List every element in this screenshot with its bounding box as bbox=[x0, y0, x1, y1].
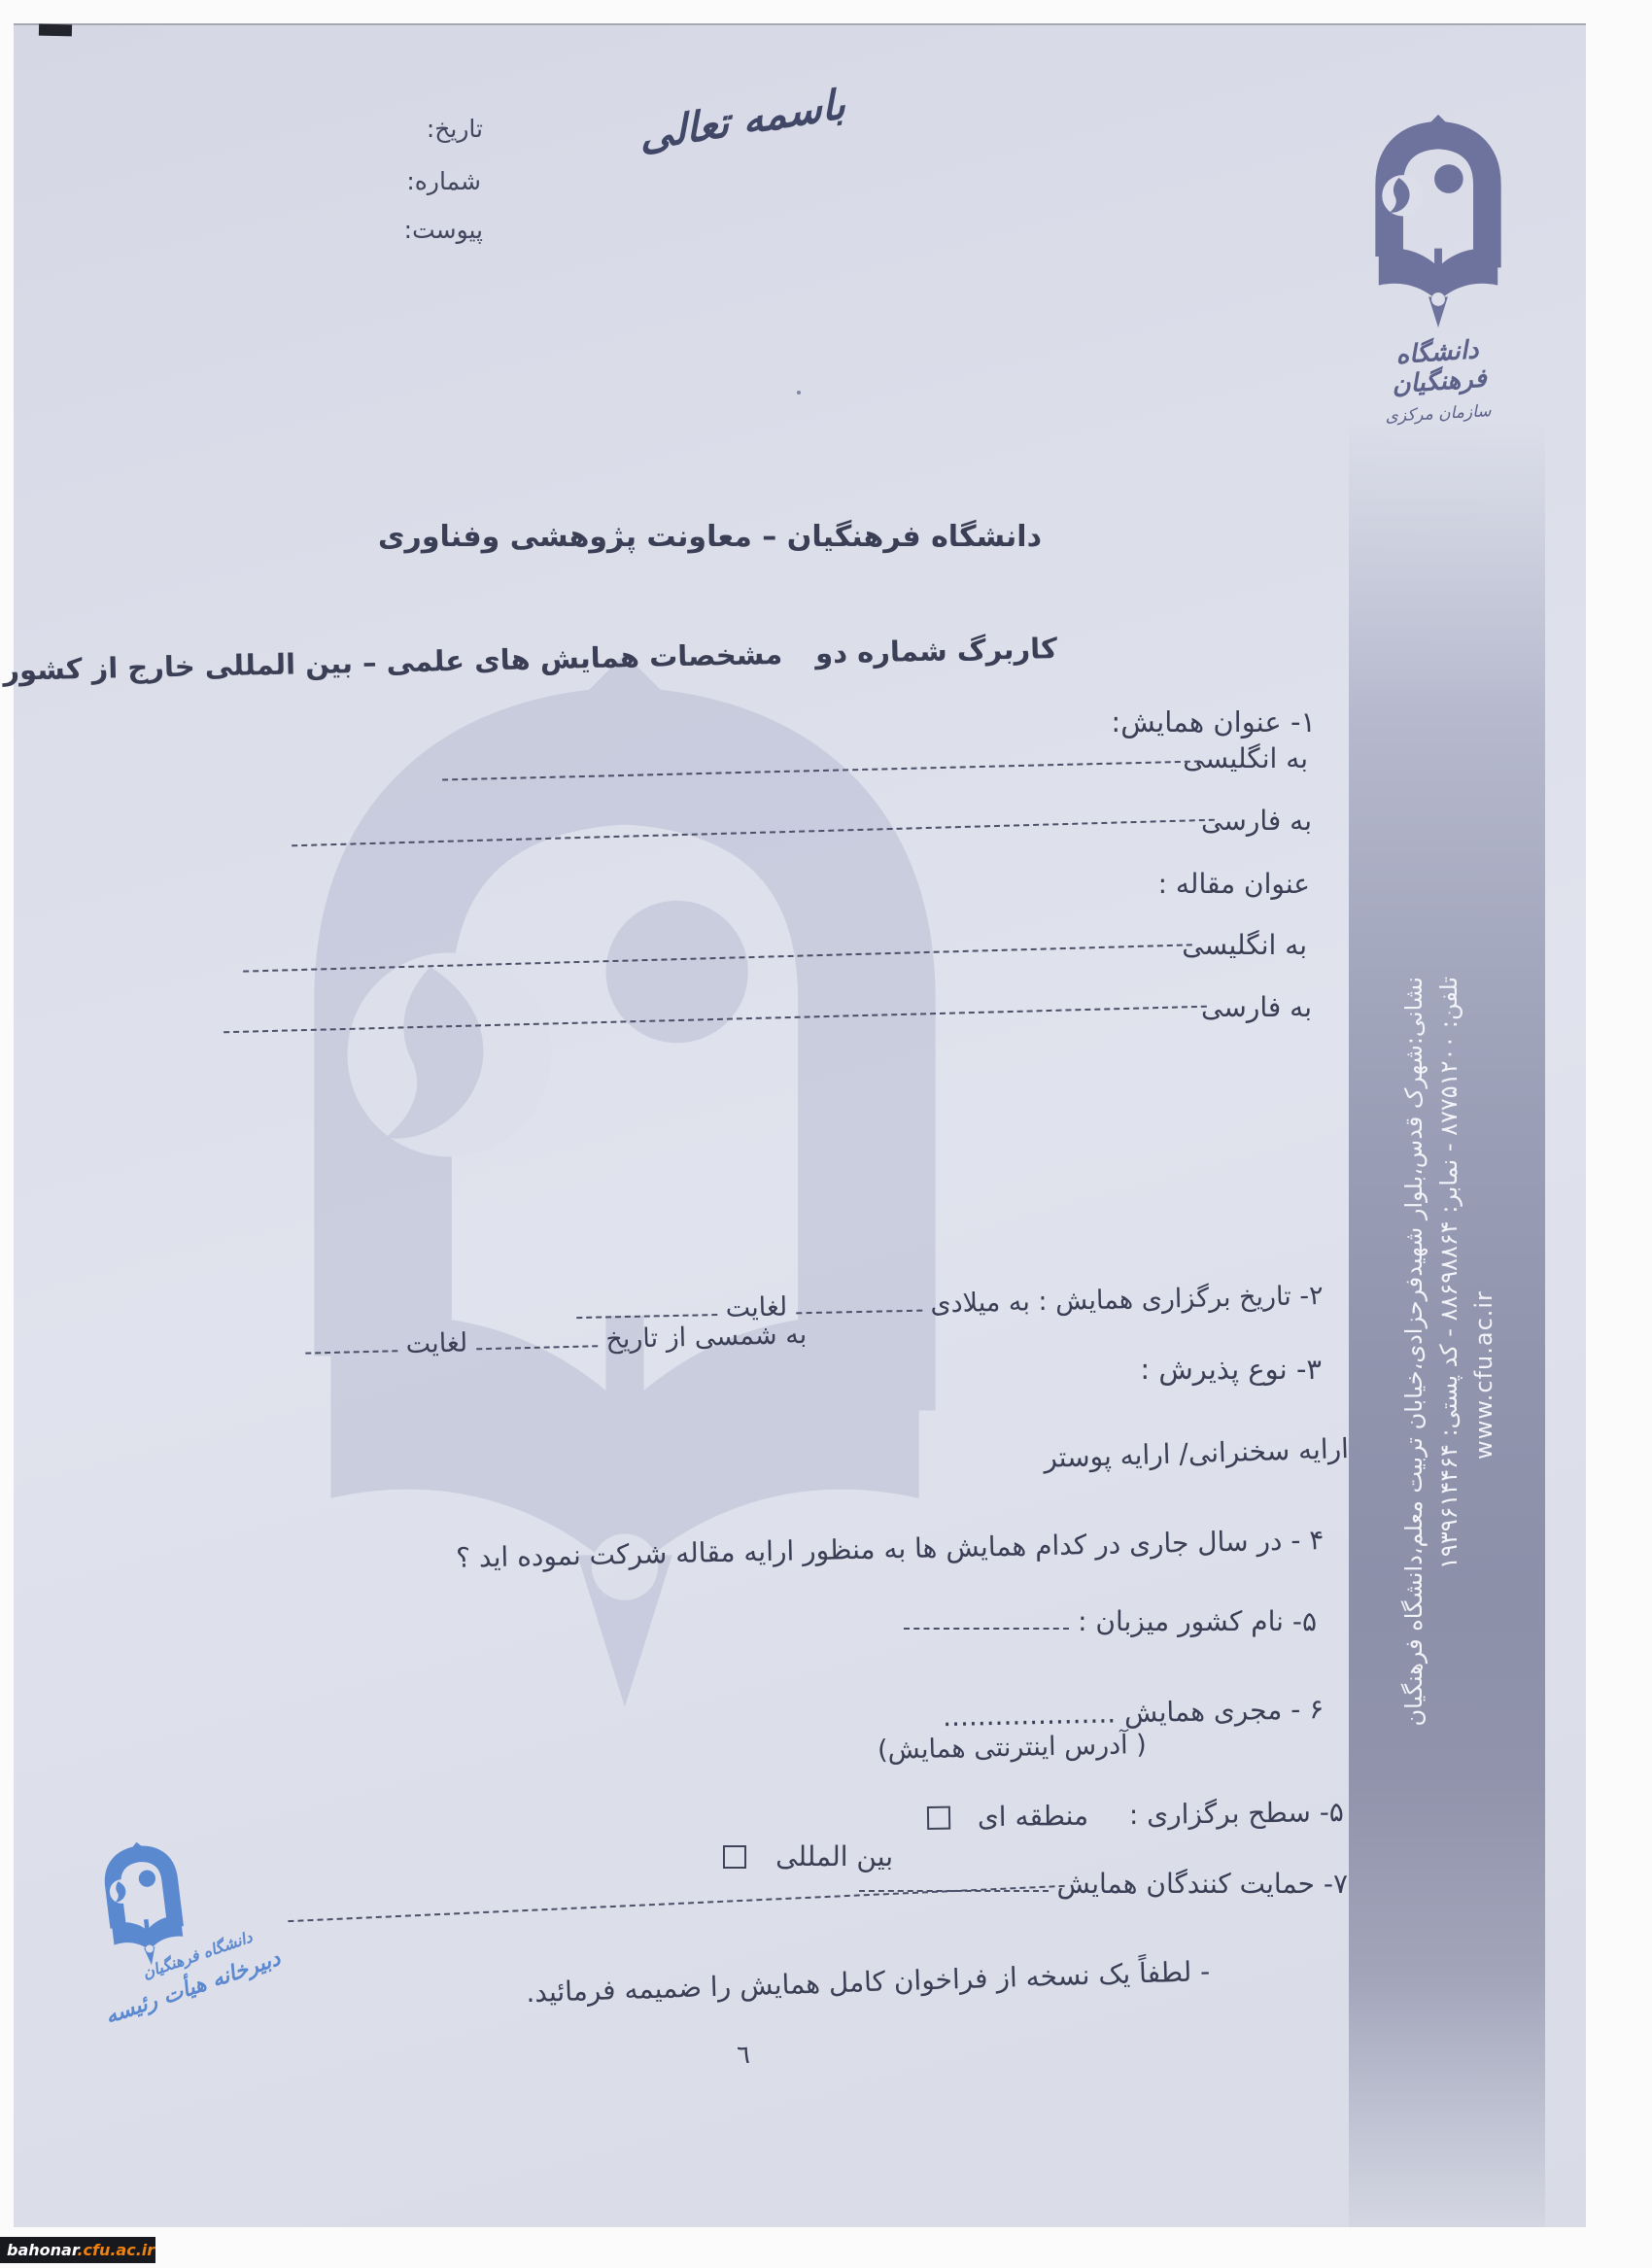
international-checkbox[interactable] bbox=[723, 1845, 746, 1869]
blank-segment bbox=[796, 1294, 922, 1315]
supporters-label: ۷- حمایت کنندگان همایش bbox=[1057, 1868, 1349, 1900]
article-title-label: عنوان مقاله : bbox=[1158, 868, 1310, 900]
organizer-url-note: ( آدرس اینترنتی همایش) bbox=[878, 1730, 1147, 1766]
form-number: کاربرگ شماره دو bbox=[815, 632, 1058, 670]
footer-domain: .cfu.ac.ir bbox=[77, 2241, 155, 2259]
until-label: لغایت bbox=[726, 1292, 788, 1323]
item1-conference-title-label: ۱- عنوان همایش: bbox=[1111, 705, 1316, 739]
office-stamp: دانشگاه فرهنگیان دبیرخانه هیأت رئیسه bbox=[75, 1814, 324, 2063]
page-number: ٦ bbox=[737, 2041, 750, 2070]
phone-fax-postal-line: تلفن: ۸۷۷۵۱۲۰۰ - نمابر: ۸۸۶۹۸۸۶۴ - کد پس… bbox=[1431, 977, 1466, 1773]
level-regional-label: منطقه ای bbox=[978, 1800, 1089, 1834]
scanned-document: نشانی:شهرک قدس،بلوار شهیدفرحزادی،خیابان … bbox=[0, 0, 1652, 2268]
article-persian-label: به فارسی bbox=[1201, 991, 1312, 1023]
until-label: لغایت bbox=[405, 1328, 467, 1360]
article-english-label: به انگلیسی bbox=[1182, 929, 1307, 961]
contact-info-vertical: نشانی:شهرک قدس،بلوار شهیدفرحزادی،خیابان … bbox=[1396, 977, 1503, 1773]
attachment-label: پیوست: bbox=[404, 216, 483, 244]
host-country-label: ۵- نام کشور میزبان : bbox=[1078, 1605, 1317, 1637]
item3-acceptance-label: ۳- نوع پذیرش : bbox=[1140, 1353, 1322, 1386]
conference-english-label: به انگلیسی bbox=[1183, 742, 1308, 774]
blank-segment bbox=[305, 1334, 397, 1354]
number-label: شماره: bbox=[406, 167, 481, 195]
blank-segment bbox=[904, 1612, 1069, 1630]
level-row: ۵- سطح برگزاری : منطقه ای bbox=[927, 1796, 1344, 1834]
blank-segment bbox=[475, 1329, 597, 1350]
date-label: تاریخ: bbox=[427, 115, 483, 143]
scan-speck bbox=[797, 391, 801, 395]
blank-segment bbox=[576, 1298, 717, 1319]
footer-site-badge: bahonar.cfu.ac.ir bbox=[0, 2237, 155, 2263]
item5-host-country-row: ۵- نام کشور میزبان : bbox=[904, 1605, 1317, 1637]
footer-brand: bahonar bbox=[7, 2241, 77, 2259]
heading-org: دانشگاه فرهنگیان – معاونت پژوهشی وفناوری bbox=[378, 520, 1042, 554]
regional-checkbox[interactable] bbox=[927, 1806, 950, 1830]
address-line: نشانی:شهرک قدس،بلوار شهیدفرحزادی،خیابان … bbox=[1396, 977, 1431, 1773]
university-emblem-icon bbox=[1357, 107, 1520, 332]
level-label: ۵- سطح برگزاری : bbox=[1129, 1796, 1344, 1831]
item7-supporters-row: ۷- حمایت کنندگان همایش bbox=[859, 1868, 1348, 1900]
date-solar-label: به شمسی از تاریخ bbox=[605, 1320, 808, 1355]
conference-persian-label: به فارسی bbox=[1201, 805, 1312, 837]
website-url: www.cfu.ac.ir bbox=[1466, 977, 1501, 1773]
university-logo-block: دانشگاه فرهنگیان سازمان مرکزی bbox=[1353, 107, 1524, 424]
scan-artifact bbox=[39, 24, 72, 37]
university-name: دانشگاه فرهنگیان bbox=[1351, 332, 1526, 402]
